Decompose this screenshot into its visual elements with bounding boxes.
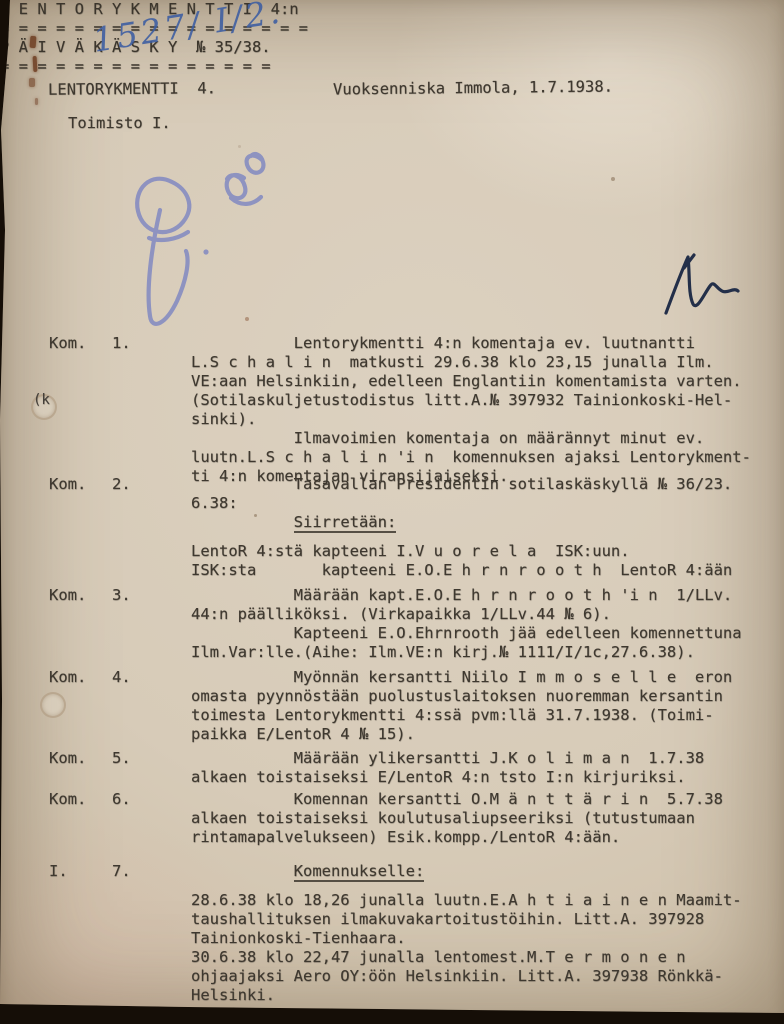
order-line: Tasavallan Presidentin sotilaskäskyllä №… [191,475,771,494]
underlined-heading: Siirretään: [294,513,397,533]
punch-hole [40,692,66,718]
line-indent [191,862,294,880]
item-body: Myönnän kersantti Niilo I m m o s e l l … [191,668,771,744]
order-line: alkaen toistaiseksi koulutusaliupseeriks… [191,809,771,828]
item-margin-label: Kom. [49,475,86,494]
paper-speck [254,514,257,517]
order-line: ohjaajaksi Aero OY:öön Helsinkiin. Litt.… [191,967,771,986]
order-line: rintamapalvelukseen) Esik.kompp./LentoR … [191,828,771,847]
item-body: Komennukselle:28.6.38 klo 18,26 junalla … [191,862,771,1005]
margin-mark: (k [33,392,50,408]
document-page: 1527/ I/2. LENTORYKMENTTI 4. Vuoksennisk… [0,0,784,1024]
item-margin-label: I. [49,862,68,881]
item-body: Lentorykmentti 4:n komentaja ev. luutnan… [191,334,771,486]
order-line: Siirretään: [191,513,771,532]
order-line: Komennukselle: [191,862,771,881]
order-line: Myönnän kersantti Niilo I m m o s e l l … [191,668,771,687]
line-indent [191,513,294,531]
paper-speck [322,868,325,871]
order-line: Määrään ylikersantti J.K o l i m a n 1.7… [191,749,771,768]
order-line: taushallituksen ilmakuvakartoitustöihin.… [191,910,771,929]
order-line: ISK:sta kapteeni E.O.E h r n r o o t h L… [191,561,771,580]
item-number: 1. [112,334,131,353]
photo-background: 1527/ I/2. LENTORYKMENTTI 4. Vuoksennisk… [0,0,784,1024]
order-line: Ilmavoimien komentaja on määrännyt minut… [191,429,771,448]
order-line: toimesta Lentorykmentti 4:ssä pvm:llä 31… [191,706,771,725]
order-line: VE:aan Helsinkiin, edelleen Englantiin k… [191,372,771,391]
item-number: 6. [112,790,131,809]
order-line: sinki). [191,410,771,429]
item-body: Tasavallan Presidentin sotilaskäskyllä №… [191,475,771,580]
item-number: 4. [112,668,131,687]
item-margin-label: Kom. [49,586,86,605]
item-number: 3. [112,586,131,605]
order-line [191,881,771,891]
item-number: 5. [112,749,131,768]
order-line: 6.38: [191,494,771,513]
underlined-heading: Komennukselle: [294,862,425,882]
item-margin-label: Kom. [49,668,86,687]
order-line: Ilm.Var:lle.(Aihe: Ilm.VE:n kirj.№ 1111/… [191,643,771,662]
order-line [191,532,771,542]
order-line: luutn.L.S c h a l i n 'i n komennuksen a… [191,448,771,467]
item-number: 2. [112,475,131,494]
order-line: Tainionkoski-Tienhaara. [191,929,771,948]
order-line: 30.6.38 klo 22,47 junalla lentomest.M.T … [191,948,771,967]
paper-speck [245,317,249,321]
order-line: Kapteeni E.O.Ehrnrooth jää edelleen kome… [191,624,771,643]
order-line: L.S c h a l i n matkusti 29.6.38 klo 23,… [191,353,771,372]
paper-speck [238,145,241,148]
order-line: Komennan kersantti O.M ä n t t ä r i n 5… [191,790,771,809]
order-line: alkaen toistaiseksi E/LentoR 4:n tsto I:… [191,768,771,787]
item-body: Komennan kersantti O.M ä n t t ä r i n 5… [191,790,771,847]
item-body: Määrään kapt.E.O.E h r n r o o t h 'i n … [191,586,771,662]
order-line: Määrään kapt.E.O.E h r n r o o t h 'i n … [191,586,771,605]
order-line: Helsinki. [191,986,771,1005]
item-margin-label: Kom. [49,749,86,768]
order-line: (Sotilaskuljetustodistus litt.A.№ 397932… [191,391,771,410]
paper-speck [611,177,615,181]
order-line: 44:n päälliköksi. (Virkapaikka 1/LLv.44 … [191,605,771,624]
item-margin-label: Kom. [49,790,86,809]
item-margin-label: Kom. [49,334,86,353]
order-line: Lentorykmentti 4:n komentaja ev. luutnan… [191,334,771,353]
order-line: LentoR 4:stä kapteeni I.V u o r e l a IS… [191,542,771,561]
order-line: omasta pyynnöstään puolustuslaitoksen nu… [191,687,771,706]
item-body: Määrään ylikersantti J.K o l i m a n 1.7… [191,749,771,787]
item-number: 7. [112,862,131,881]
order-line: paikka E/LentoR 4 № 15). [191,725,771,744]
order-line: 28.6.38 klo 18,26 junalla luutn.E.A h t … [191,891,771,910]
